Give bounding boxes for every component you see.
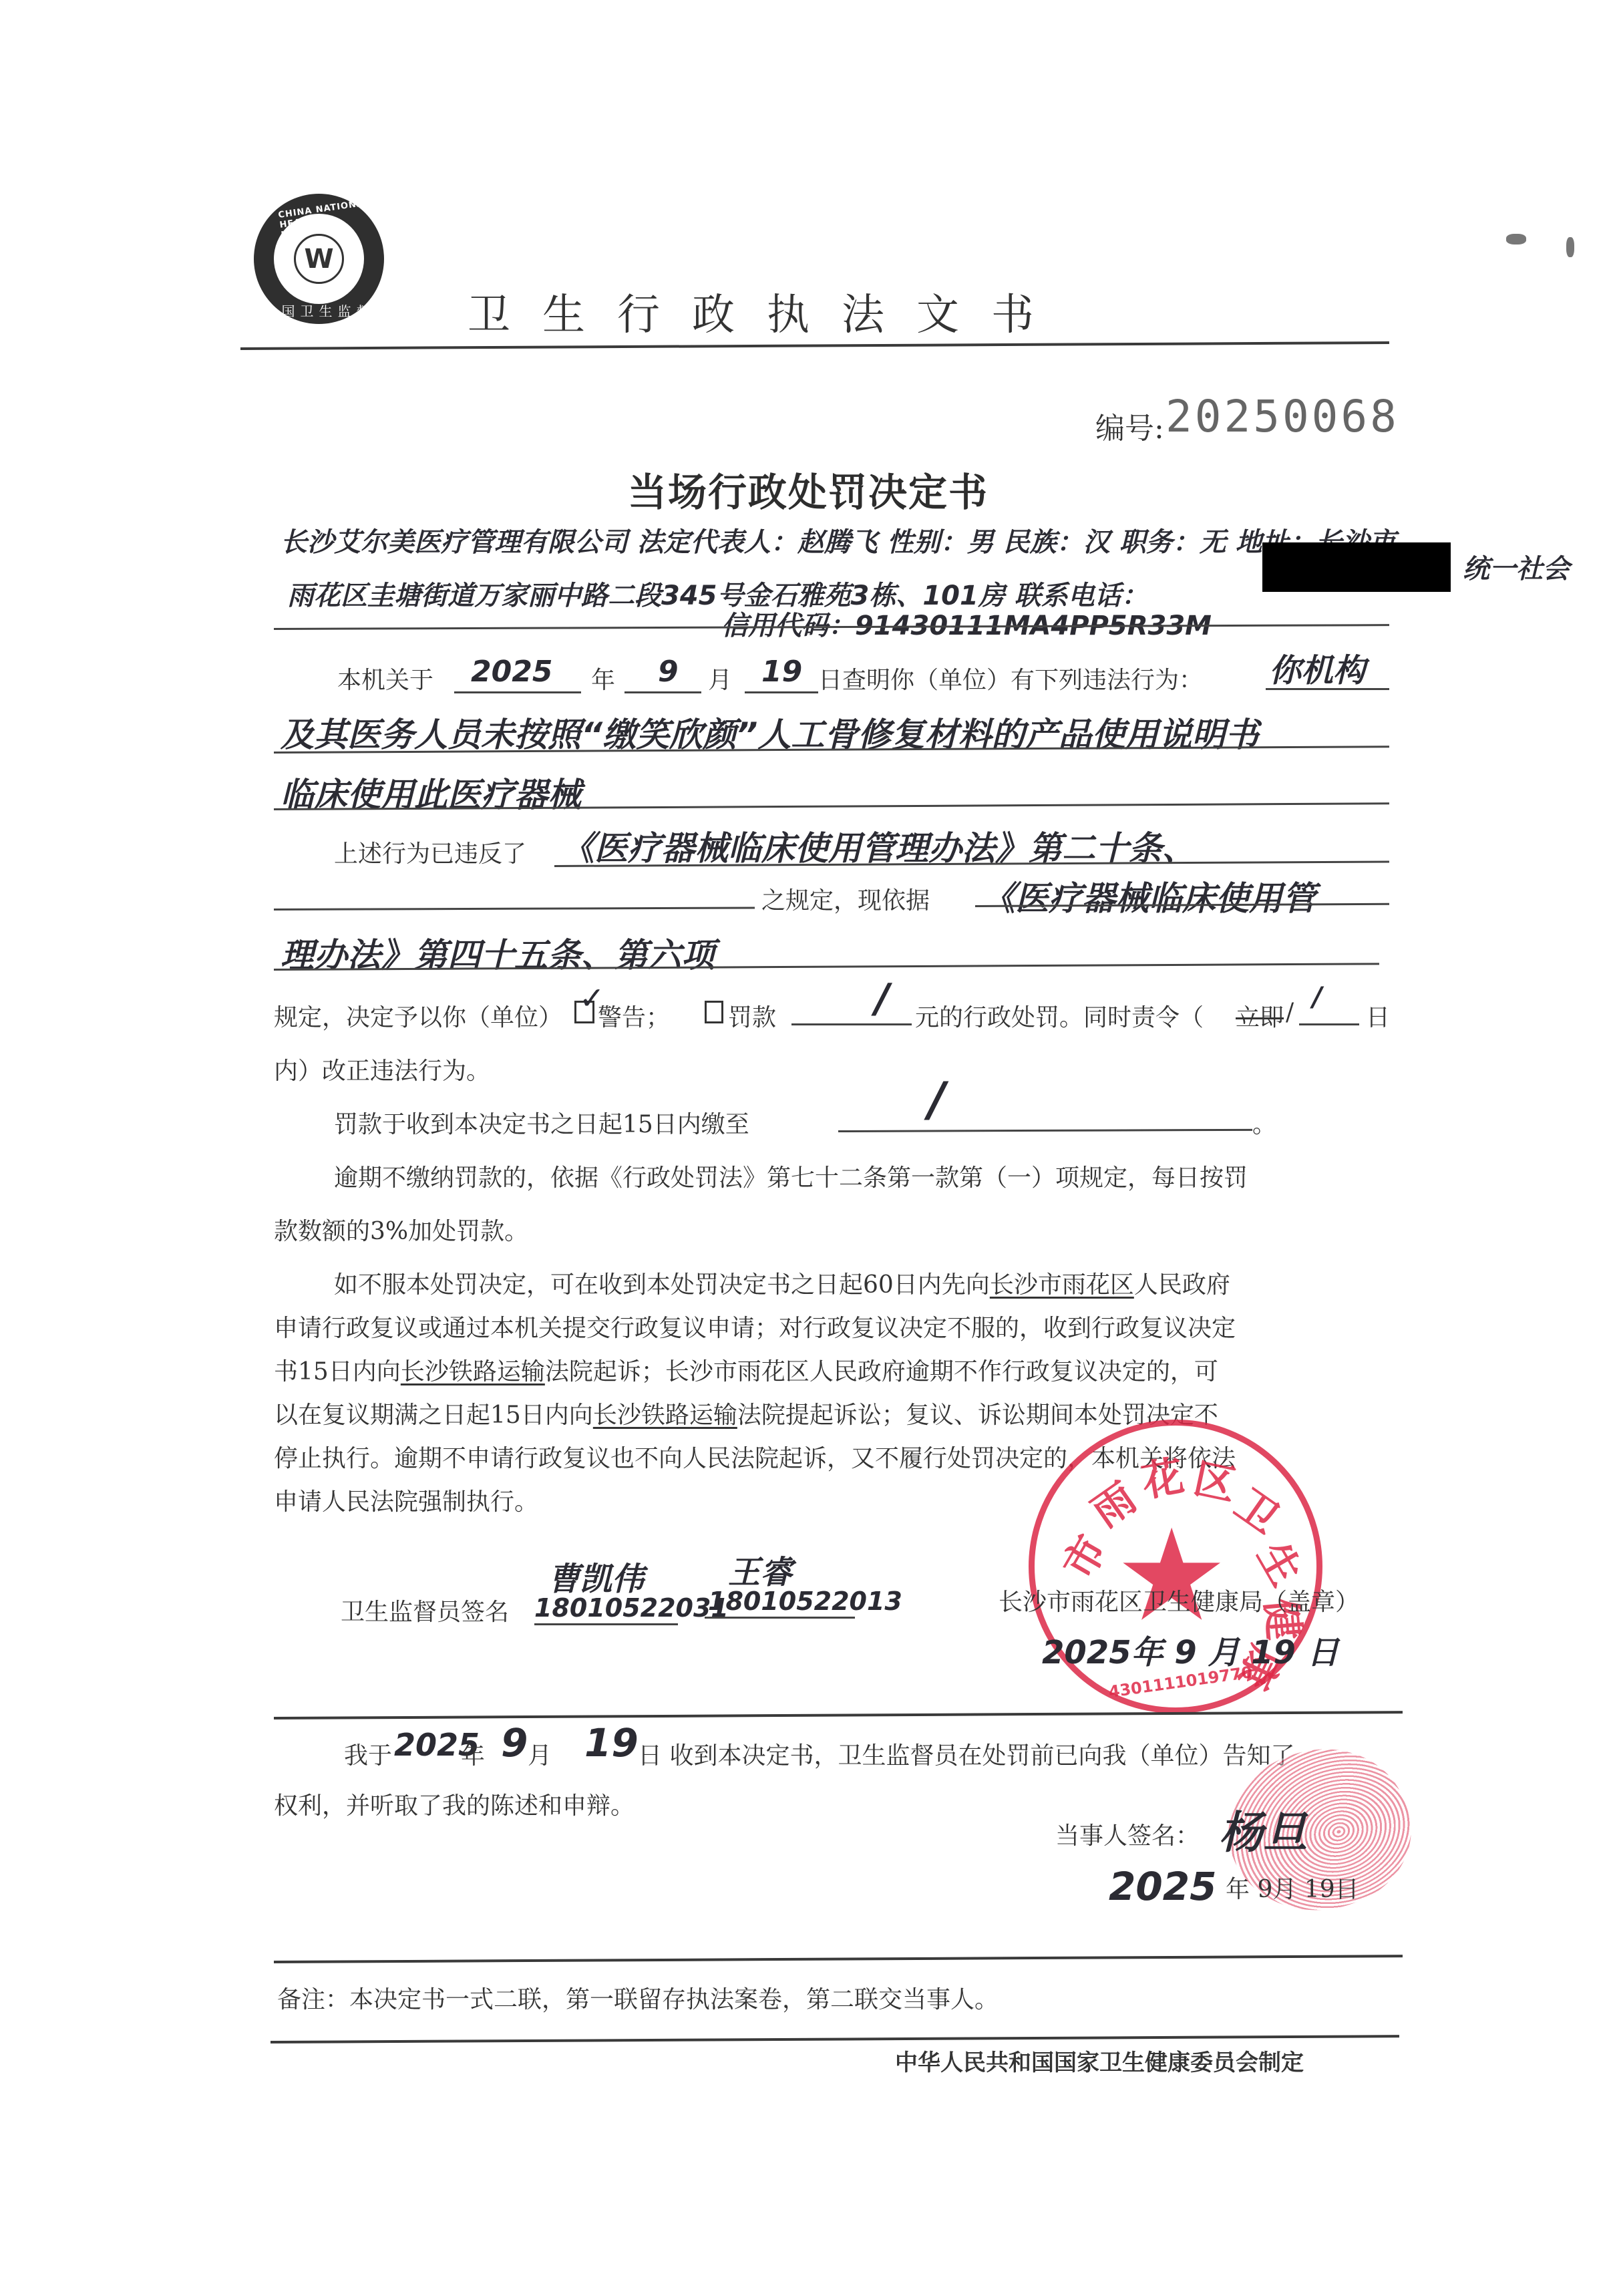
appeal-text: 人民政府 bbox=[1134, 1271, 1230, 1299]
header-divider bbox=[240, 341, 1389, 350]
appeal-line6: 申请人民法院强制执行。 bbox=[274, 1483, 538, 1517]
receipt-year-unit: 年 bbox=[461, 1737, 485, 1771]
days-blank bbox=[1299, 1023, 1359, 1025]
finding-day: 19 bbox=[761, 655, 802, 689]
finding-prefix: 本机关于 bbox=[337, 661, 433, 695]
footer-note: 备注：本决定书一式二联，第一联留存执法案卷，第二联交当事人。 bbox=[277, 1981, 999, 2015]
days-unit: 日 bbox=[1366, 999, 1390, 1033]
appeal-court: 长沙铁路运输 bbox=[593, 1402, 737, 1429]
footer-divider-top bbox=[274, 1955, 1403, 1963]
fine-checkbox[interactable] bbox=[705, 1001, 723, 1023]
month-blank bbox=[624, 691, 701, 693]
emblem-ring-text-cn: 中国卫生监督 bbox=[254, 301, 384, 320]
footer-divider-bottom bbox=[271, 2035, 1399, 2043]
appeal-text: 法院起诉；长沙市雨花区人民政府逾期不作行政复议决定的，可 bbox=[545, 1358, 1218, 1385]
warning-checkbox[interactable]: ✓ bbox=[574, 1001, 594, 1023]
appeal-line4: 以在复议期满之日起15日内向长沙铁路运输法院提起诉讼；复议、诉讼期间本处罚决定不 bbox=[274, 1396, 1218, 1430]
section-divider bbox=[274, 1711, 1403, 1719]
inspector1-underline bbox=[534, 1623, 678, 1625]
days-separator: / bbox=[1286, 999, 1294, 1026]
finding-year-unit: 年 bbox=[591, 661, 615, 695]
scan-speck bbox=[1506, 234, 1526, 244]
appeal-government: 长沙市雨花区 bbox=[990, 1271, 1134, 1299]
year-blank bbox=[454, 691, 581, 693]
seal-char: 花 bbox=[1137, 1442, 1188, 1508]
agency-name: 长沙市雨花区卫生健康局（盖章） bbox=[999, 1583, 1359, 1617]
party-date-year: 2025 bbox=[1109, 1864, 1216, 1909]
appeal-text: 如不服本处罚决定，可在收到本处罚决定书之日起60日内先向 bbox=[334, 1271, 990, 1299]
payment-end: 。 bbox=[1252, 1106, 1276, 1140]
overdue-para2: 款数额的3%加处罚款。 bbox=[274, 1212, 528, 1247]
receipt-text2: 权利，并听取了我的陈述和申辩。 bbox=[274, 1787, 635, 1821]
receipt-text: 日 收到本决定书，卫生监督员在处罚前已向我（单位）告知了 bbox=[638, 1737, 1294, 1771]
finding-month: 9 bbox=[658, 655, 679, 689]
party-info-line1: 长沙艾尔美医疗管理有限公司 法定代表人：赵腾飞 性别：男 民族：汉 职务：无 地… bbox=[281, 521, 1396, 559]
inspector2-signature: 王睿 bbox=[728, 1546, 792, 1593]
serial-label: 编号: bbox=[1095, 404, 1164, 447]
seal-char: 市 bbox=[1046, 1522, 1118, 1588]
violation-blank-1 bbox=[1266, 688, 1389, 690]
violated-prefix: 上述行为已违反了 bbox=[334, 835, 526, 869]
penalty-line2: 内）改正违法行为。 bbox=[274, 1052, 490, 1086]
document-series-title: 卫生行政执法文书 bbox=[468, 281, 1066, 342]
inspector1-signature: 曹凯伟 bbox=[548, 1553, 644, 1599]
redacted-phone bbox=[1262, 542, 1451, 592]
payment-target-blank bbox=[838, 1129, 1252, 1132]
basis-mid: 之规定，现依据 bbox=[761, 882, 930, 916]
fine-amount-blank bbox=[791, 1023, 912, 1025]
receipt-prefix: 我于 bbox=[344, 1737, 392, 1771]
party-date: 年 9月 19日 bbox=[1226, 1870, 1359, 1905]
serial-number: 20250068 bbox=[1166, 391, 1399, 442]
inspector2-id: 18010522013 bbox=[708, 1587, 902, 1616]
day-blank bbox=[745, 691, 818, 693]
finding-suffix: 日查明你（单位）有下列违法行为： bbox=[818, 661, 1203, 695]
issuer: 中华人民共和国国家卫生健康委员会制定 bbox=[895, 2044, 1304, 2077]
fine-amount: / bbox=[875, 975, 890, 1022]
violation-line1: 你机构 bbox=[1269, 645, 1365, 691]
payment-prefix: 罚款于收到本决定书之日起15日内缴至 bbox=[334, 1106, 749, 1140]
emblem-core-glyph: W bbox=[294, 234, 344, 284]
appeal-line3: 书15日内向长沙铁路运输法院起诉；长沙市雨花区人民政府逾期不作行政复议决定的，可 bbox=[274, 1353, 1218, 1387]
immediately-option: 立即 bbox=[1236, 999, 1284, 1033]
appeal-line1: 如不服本处罚决定，可在收到本处罚决定书之日起60日内先向长沙市雨花区人民政府 bbox=[334, 1266, 1230, 1300]
finding-year: 2025 bbox=[471, 655, 552, 689]
health-inspection-emblem-icon: W CHINA NATIONAL HEALTH INSPECTION 中国卫生监… bbox=[254, 194, 384, 324]
party-sign-label: 当事人签名： bbox=[1055, 1817, 1200, 1851]
receipt-month-unit: 月 bbox=[528, 1737, 552, 1771]
agency-date: 2025年 9 月 19 日 bbox=[1042, 1627, 1339, 1673]
party-signature: 杨旦 bbox=[1219, 1797, 1307, 1860]
days-value: / bbox=[1312, 982, 1322, 1013]
violated-law-underline-2 bbox=[274, 907, 755, 911]
form-title: 当场行政处罚决定书 bbox=[628, 461, 989, 517]
basis-law-part1: 《医疗器械临床使用管 bbox=[982, 872, 1316, 920]
scan-speck bbox=[1566, 237, 1574, 257]
penalty-prefix: 规定，决定予以你（单位） bbox=[274, 999, 562, 1033]
overdue-para1: 逾期不缴纳罚款的，依据《行政处罚法》第七十二条第一款第（一）项规定，每日按罚 bbox=[334, 1159, 1248, 1193]
appeal-line2: 申请行政复议或通过本机关提交行政复议申请；对行政复议决定不服的，收到行政复议决定 bbox=[274, 1309, 1236, 1343]
fine-label: 罚款 bbox=[728, 999, 776, 1033]
credit-code-line: 信用代码：91430111MA4PP5R33M bbox=[721, 605, 1212, 643]
finding-month-unit: 月 bbox=[708, 661, 732, 695]
appeal-court: 长沙铁路运输 bbox=[401, 1358, 545, 1385]
payment-target: / bbox=[928, 1072, 946, 1127]
appeal-text: 以在复议期满之日起15日内向 bbox=[274, 1402, 593, 1429]
inspector-sign-label: 卫生监督员签名 bbox=[341, 1593, 509, 1627]
warning-label: 警告； bbox=[598, 999, 670, 1033]
inspector1-id: 18010522031 bbox=[534, 1593, 729, 1623]
seal-char: 区 bbox=[1189, 1446, 1242, 1512]
seal-star-icon: ★ bbox=[1115, 1512, 1228, 1639]
inspector2-underline bbox=[705, 1617, 855, 1619]
fine-suffix: 元的行政处罚。同时责令（ bbox=[915, 999, 1204, 1033]
receipt-month: 9 bbox=[501, 1720, 528, 1766]
appeal-text: 书15日内向 bbox=[274, 1358, 401, 1385]
receipt-day: 19 bbox=[584, 1720, 639, 1766]
party-info-line2-right: 统一社会 bbox=[1463, 548, 1570, 586]
